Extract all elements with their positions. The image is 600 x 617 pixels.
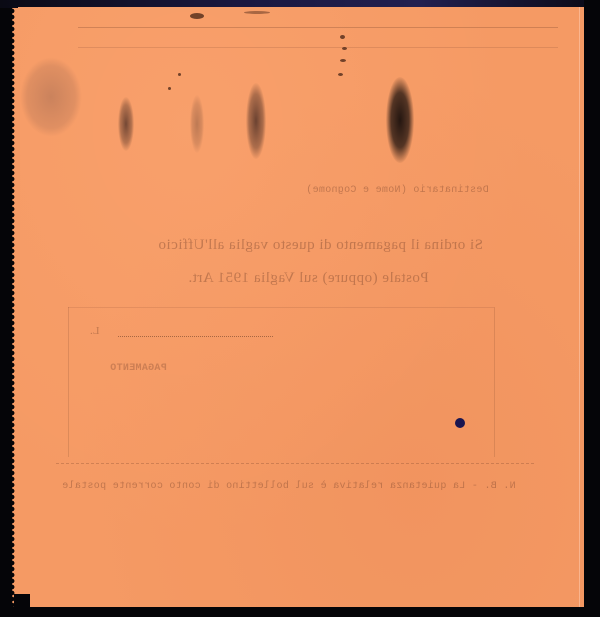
box-line-right [494, 307, 495, 457]
order-line-2: Postale (oppure) sul Vaglia 1951 Art. [188, 270, 429, 287]
perforated-edge [12, 8, 20, 608]
ink-speck [338, 73, 343, 76]
scan-right-edge [584, 0, 600, 617]
ink-speck [340, 35, 345, 39]
ink-speck [190, 13, 204, 19]
order-line-1: Si ordina il pagamento di questo vaglia … [158, 237, 483, 254]
recipient-label: Destinatario (Nome e Cognome) [306, 185, 489, 196]
box-line-top [68, 307, 494, 308]
footer-separator [56, 463, 534, 464]
box-line-left [68, 307, 69, 457]
top-rule [78, 27, 558, 28]
cancel-bar-2 [190, 95, 204, 153]
paper-edge [579, 7, 580, 607]
faint-circular-postmark [20, 57, 82, 137]
money-order-reverse: Destinatario (Nome e Cognome) Si ordina … [18, 7, 584, 607]
ink-speck [178, 73, 181, 76]
top-rule-2 [78, 47, 558, 48]
footer-note: N. B. - La quietanza relativa è sul boll… [62, 481, 516, 492]
cancel-bar-1 [118, 97, 134, 151]
cancel-bar-dark [386, 77, 414, 163]
amount-dotted-line [118, 336, 273, 337]
ink-speck [342, 47, 347, 50]
payment-stamp-text: PAGAMENTO [110, 363, 167, 374]
ink-speck [168, 87, 171, 90]
scan-bottom-edge [0, 607, 600, 617]
ink-speck [340, 59, 346, 62]
cancel-bar-3 [246, 83, 266, 159]
ink-dot [455, 418, 465, 428]
amount-prefix: L. [90, 325, 99, 337]
ink-speck [244, 11, 270, 14]
